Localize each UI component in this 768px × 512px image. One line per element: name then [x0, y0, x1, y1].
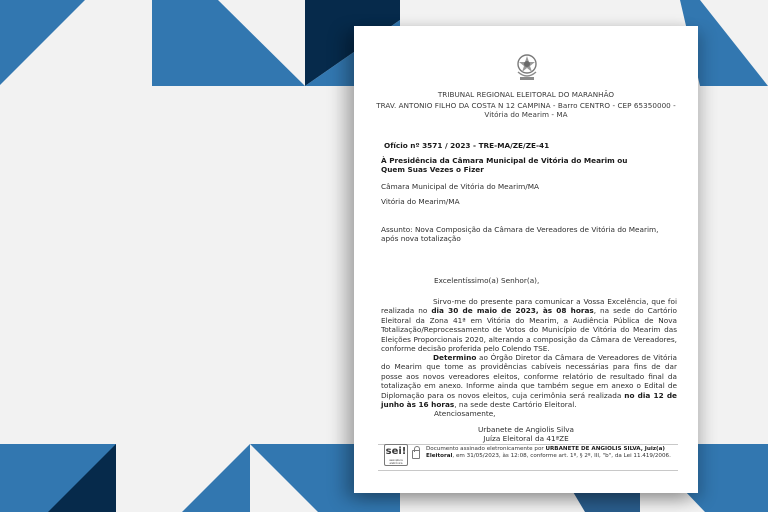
signer-name: Urbanete de Angiolis Silva — [354, 425, 698, 434]
lock-icon — [412, 450, 420, 459]
sei-logo: sei!assinatura eletrônica — [384, 444, 408, 466]
recipient: À Presidência da Câmara Municipal de Vit… — [381, 156, 651, 175]
address-line-1: TRAV. ANTONIO FILHO DA COSTA N 12 CAMPIN… — [354, 101, 698, 110]
paragraph-1: Sirvo-me do presente para comunicar a Vo… — [381, 297, 677, 353]
signer-title: Juíza Eleitoral da 41ªZE — [354, 434, 698, 443]
signature-bottom-divider — [378, 470, 678, 471]
address-line-2: Vitória do Mearim - MA — [354, 110, 698, 119]
salutation: Excelentíssimo(a) Senhor(a), — [434, 276, 539, 285]
recipient-city: Vitória do Mearim/MA — [381, 197, 460, 206]
signature-top-divider — [378, 444, 678, 445]
paragraph-2: Determino ao Órgão Diretor da Câmara de … — [381, 353, 677, 409]
institution-name: TRIBUNAL REGIONAL ELEITORAL DO MARANHÃO — [354, 90, 698, 99]
recipient-organization: Câmara Municipal de Vitória do Mearim/MA — [381, 182, 539, 191]
brazil-coat-of-arms-icon — [514, 52, 540, 82]
document-page: TRIBUNAL REGIONAL ELEITORAL DO MARANHÃO … — [354, 26, 698, 493]
electronic-signature-text: Documento assinado eletronicamente por U… — [426, 446, 688, 460]
document-reference: Ofício nº 3571 / 2023 - TRE-MA/ZE/ZE-41 — [384, 141, 549, 150]
subject: Assunto: Nova Composição da Câmara de Ve… — [381, 225, 677, 244]
closing: Atenciosamente, — [434, 409, 496, 418]
